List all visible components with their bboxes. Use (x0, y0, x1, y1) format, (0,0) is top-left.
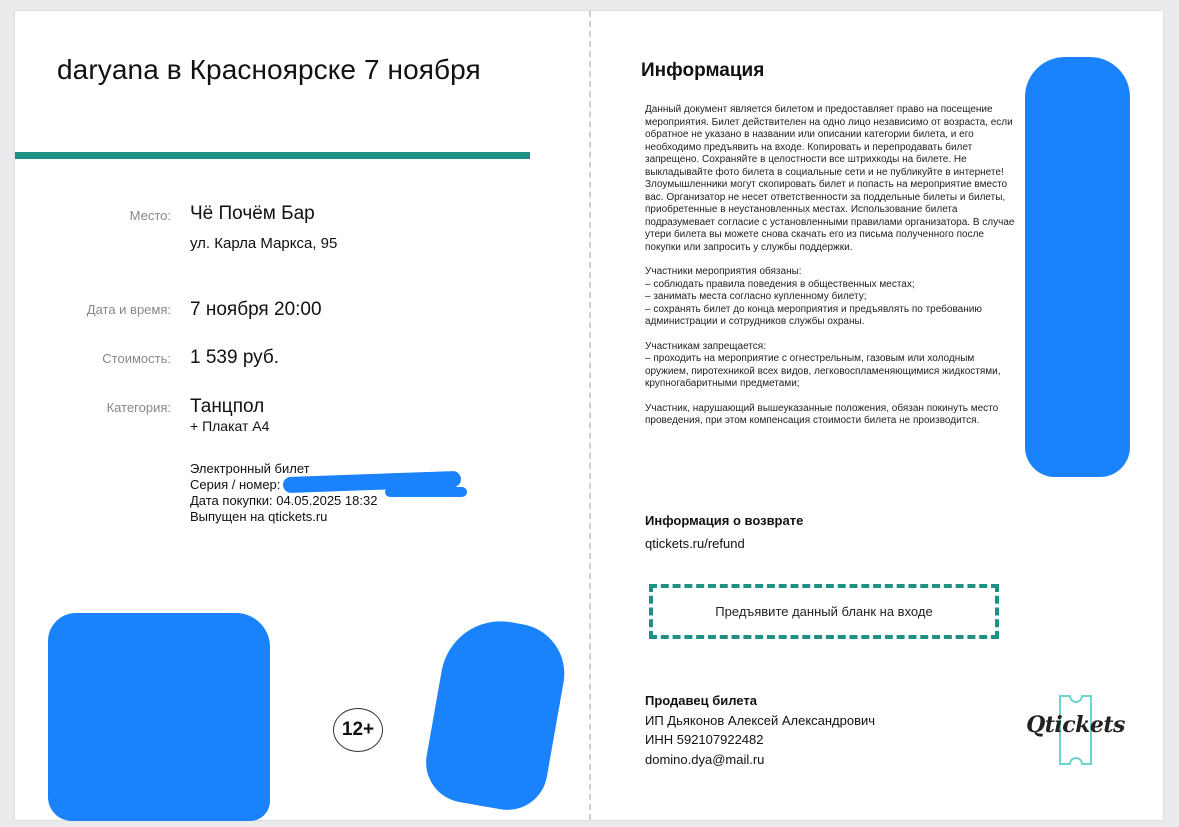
present-notice-box: Предъявите данный бланк на входе (649, 584, 999, 639)
category-extra: + Плакат А4 (190, 418, 269, 434)
redaction-qr (420, 612, 572, 816)
redaction-barcode (48, 613, 270, 821)
age-rating-badge: 12+ (333, 708, 383, 752)
qtickets-logo: Qtickets (1023, 694, 1128, 766)
venue-label: Место: (15, 208, 171, 223)
venue-address: ул. Карла Маркса, 95 (190, 235, 337, 252)
info-paragraph-prohibitions: Участникам запрещается: – проходить на м… (645, 341, 1020, 391)
seller-info: Продавец билета ИП Дьяконов Алексей Алек… (645, 691, 875, 769)
accent-bar (15, 152, 530, 159)
seller-inn: ИНН 592107922482 (645, 730, 875, 750)
redaction-side (1025, 57, 1130, 477)
info-paragraph-violations: Участник, нарушающий вышеуказанные полож… (645, 403, 1020, 428)
tear-line-divider (589, 11, 591, 820)
category-value: Танцпол (190, 396, 264, 418)
price-value: 1 539 руб. (190, 347, 279, 369)
info-title: Информация (641, 60, 764, 82)
ticket-page: daryana в Красноярске 7 ноября Место: Чё… (15, 11, 1163, 820)
ticket-meta: Электронный билет Серия / номер: Дата по… (190, 461, 377, 525)
issued-on: Выпущен на qtickets.ru (190, 509, 377, 525)
seller-email[interactable]: domino.dya@mail.ru (645, 750, 875, 770)
logo-text: Qtickets (1023, 712, 1128, 738)
seller-title: Продавец билета (645, 691, 875, 711)
venue-name: Чё Почём Бар (190, 203, 315, 225)
refund-link[interactable]: qtickets.ru/refund (645, 536, 745, 551)
seller-name: ИП Дьяконов Алексей Александрович (645, 711, 875, 731)
purchase-date: Дата покупки: 04.05.2025 18:32 (190, 493, 377, 509)
datetime-value: 7 ноября 20:00 (190, 299, 322, 321)
category-label: Категория: (15, 400, 171, 415)
price-label: Стоимость: (15, 351, 171, 366)
refund-title: Информация о возврате (645, 513, 803, 528)
datetime-label: Дата и время: (15, 302, 171, 317)
info-text: Данный документ является билетом и предо… (645, 104, 1020, 440)
redaction-purchase (385, 487, 467, 497)
event-title: daryana в Красноярске 7 ноября (57, 54, 481, 86)
info-paragraph-obligations: Участники мероприятия обязаны: – соблюда… (645, 266, 1020, 329)
info-paragraph-terms: Данный документ является билетом и предо… (645, 104, 1020, 254)
present-notice: Предъявите данный бланк на входе (715, 604, 932, 619)
